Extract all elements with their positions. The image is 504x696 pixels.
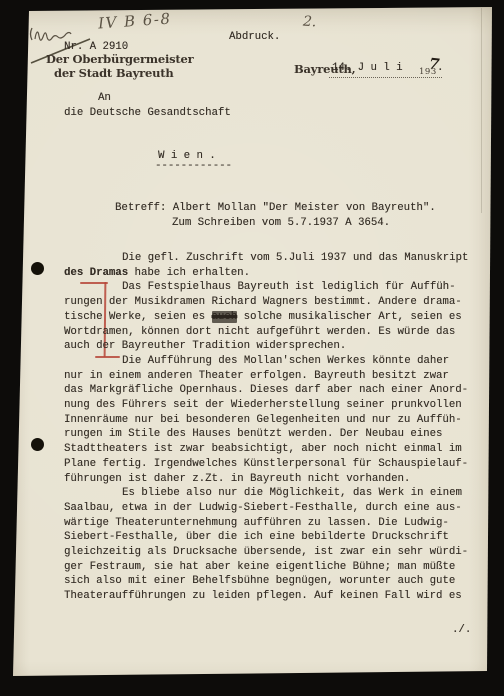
body-line: Die Aufführung des Mollan'schen Werkes k… — [122, 355, 449, 367]
body-text: habe ich erhalten. — [128, 267, 250, 279]
copy-label: Abdruck. — [229, 31, 280, 43]
body-line: nung des Führers seit der Wiederherstell… — [64, 399, 462, 411]
pencil-page-mark: 2. — [302, 14, 316, 31]
address-recipient: die Deutsche Gesandtschaft — [64, 107, 231, 119]
struck-out-word: auch — [212, 311, 238, 323]
body-line: gleichzeitig als Drucksache übersende, i… — [64, 546, 468, 558]
body-text: tische Werke, seien es — [64, 311, 212, 323]
letterhead-line1: Der Oberbürgermeister — [46, 52, 193, 66]
body-text: solche musikalischer Art, seien es — [237, 311, 461, 323]
body-line: Siebert-Festhalle, über die ich eine beb… — [64, 531, 449, 543]
body-line: Theateraufführungen zu leiden pflegen. A… — [64, 590, 462, 602]
hole-punch-top — [31, 262, 44, 275]
body-line: rungen der Musikdramen Richard Wagners b… — [64, 296, 462, 308]
body-line: Saalbau, etwa in der Ludwig-Siebert-Fest… — [64, 502, 462, 514]
body-line: Es bliebe also nur die Möglichkeit, das … — [122, 487, 462, 499]
body-line: das Markgräfliche Opernhaus. Dieses darf… — [64, 384, 468, 396]
body-line: Plane fertig. Irgendwelches Künstlerpers… — [64, 458, 468, 470]
red-bracket-bottom — [95, 356, 120, 358]
body-line: führungen ist daher z.Zt. in Bayreuth ni… — [64, 473, 410, 485]
body-line: Wortdramen, können dort nicht aufgeführt… — [64, 326, 455, 338]
body-line: wärtige Theaterunternehmung aufführen zu… — [64, 517, 449, 529]
hole-punch-bottom — [31, 438, 44, 451]
body-line: ger Festraum, sie hat aber keine eigentl… — [64, 561, 455, 573]
subject-line2: Zum Schreiben vom 5.7.1937 A 3654. — [172, 217, 390, 229]
continuation-mark: ./. — [452, 624, 471, 636]
body-line: Stadttheaters ist zwar beabsichtigt, abe… — [64, 443, 462, 455]
letterhead-line2: der Stadt Bayreuth — [54, 66, 174, 80]
body-line: Innenräume nur bei besonderen Gelegenhei… — [64, 414, 462, 426]
body-line: tische Werke, seien es auch solche musik… — [64, 311, 462, 323]
address-city-underline: ------------ — [155, 160, 232, 172]
body-line: Die gefl. Zuschrift vom 5.Juli 1937 und … — [122, 252, 468, 264]
subject-line1: Betreff: Albert Mollan "Der Meister von … — [115, 202, 436, 214]
body-line: Das Festspielhaus Bayreuth ist lediglich… — [122, 281, 456, 293]
body-line: nur in einem anderen Theater erfolgen. B… — [64, 370, 449, 382]
body-emphasis: des Dramas — [64, 267, 128, 279]
scanned-letter: IV B 6-8 2. Abdruck. Nr. A 2910 Der Ober… — [0, 0, 504, 696]
date-typed: 14. J u l i — [332, 62, 403, 74]
body-line: auch der Bayreuther Tradition widersprec… — [64, 340, 346, 352]
body-line: rungen im Stile des Hauses benützt werde… — [64, 428, 442, 440]
body-line: sich also mit einer Behelfsbühne begnüge… — [64, 575, 455, 587]
year-period: . — [437, 62, 443, 74]
address-salutation: An — [98, 92, 111, 104]
paper-crease — [481, 8, 482, 213]
body-line: des Dramas habe ich erhalten. — [64, 267, 250, 279]
